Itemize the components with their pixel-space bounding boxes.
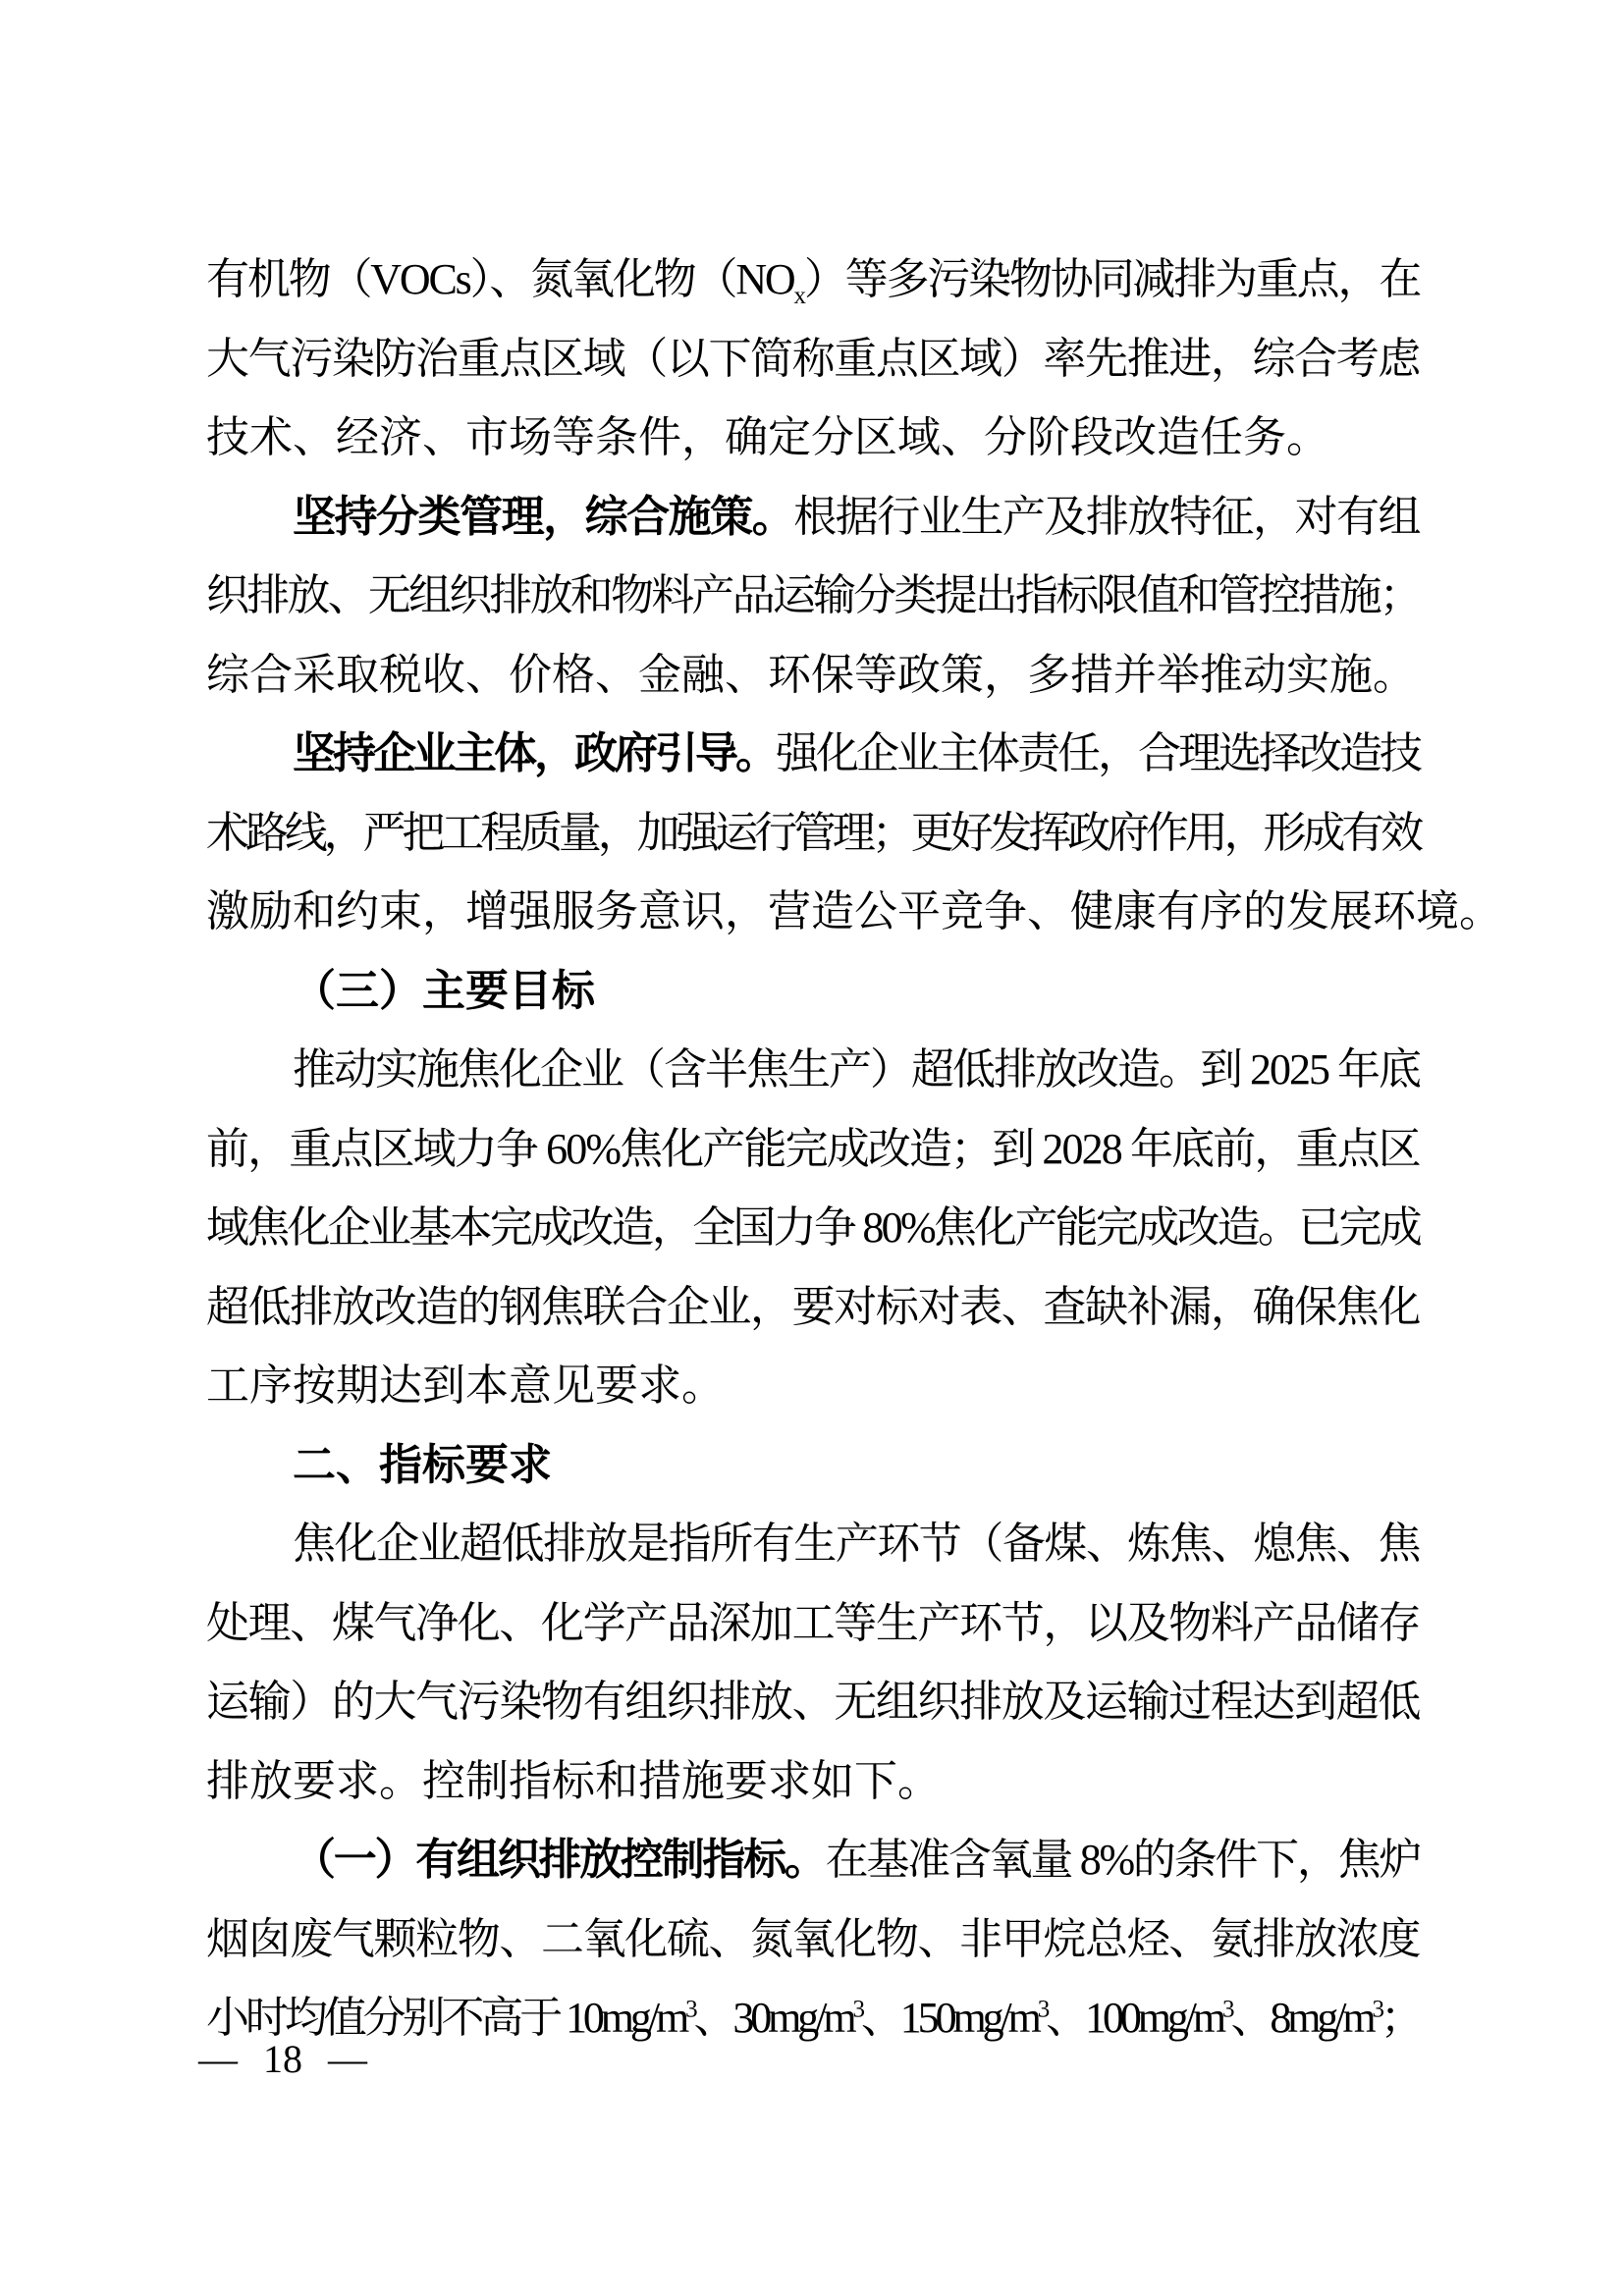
section-heading-indicator-requirements: 二、指标要求 bbox=[206, 1426, 1420, 1506]
text-line: 大气污染防治重点区域（以下简称重点区域）率先推进，综合考虑 bbox=[206, 320, 1420, 400]
paragraph-continuation: 有机物（VOCs）、氮氧化物（NOx）等多污染物协同减排为重点，在大气污染防治重… bbox=[206, 240, 1420, 478]
body-text: 激励和约束，增强服务意识，营造公平竞争、健康有序的发展环境。 bbox=[206, 887, 1502, 935]
text-line: 工序按期达到本意见要求。 bbox=[206, 1347, 1420, 1426]
body-text: 有机物（VOCs）、氮氧化物（NO bbox=[206, 255, 794, 303]
body-text: 3 bbox=[1373, 1996, 1380, 2022]
document-body: 有机物（VOCs）、氮氧化物（NOx）等多污染物协同减排为重点，在大气污染防治重… bbox=[206, 240, 1420, 2058]
text-line: 二、指标要求 bbox=[206, 1426, 1420, 1506]
text-line: 处理、煤气净化、化学产品深加工等生产环节，以及物料产品储存 bbox=[206, 1584, 1420, 1664]
section-heading-main-goals: （三）主要目标 bbox=[206, 952, 1420, 1032]
body-text: 超低排放改造的钢焦联合企业，要对标对表、查缺补漏，确保焦化 bbox=[206, 1283, 1420, 1331]
body-text: 3 bbox=[1038, 1996, 1046, 2022]
text-line: 小时均值分别不高于 10mg/m3、30mg/m3、150mg/m3、100mg… bbox=[206, 1979, 1420, 2058]
body-text: 、150mg/m bbox=[861, 1994, 1038, 2042]
text-line: （三）主要目标 bbox=[206, 952, 1420, 1032]
body-text: x bbox=[794, 283, 804, 309]
text-line: 超低排放改造的钢焦联合企业，要对标对表、查缺补漏，确保焦化 bbox=[206, 1268, 1420, 1348]
text-line: 织排放、无组织排放和物料产品运输分类提出指标限值和管控措施； bbox=[206, 557, 1420, 636]
text-line: 坚持企业主体，政府引导。强化企业主体责任，合理选择改造技 bbox=[206, 715, 1420, 794]
footer-dash-left: — bbox=[198, 2037, 238, 2081]
body-text: 烟囱废气颗粒物、二氧化硫、氮氧化物、非甲烷总烃、氨排放浓度 bbox=[206, 1915, 1420, 1963]
footer-dash-right: — bbox=[328, 2037, 367, 2081]
text-line: 前，重点区域力争 60%焦化产能完成改造；到 2028 年底前，重点区 bbox=[206, 1110, 1420, 1190]
body-text: 、100mg/m bbox=[1046, 1994, 1222, 2042]
body-text: ）等多污染物协同减排为重点，在 bbox=[804, 255, 1420, 303]
emphasis-text: （三）主要目标 bbox=[293, 967, 595, 1015]
body-text: ； bbox=[1380, 1994, 1420, 2042]
body-text: 术路线，严把工程质量，加强运行管理；更好发挥政府作用，形成有效 bbox=[206, 809, 1420, 857]
emphasis-text: 坚持企业主体，政府引导。 bbox=[293, 729, 776, 777]
paragraph-principle-classification: 坚持分类管理，综合施策。根据行业生产及排放特征，对有组织排放、无组织排放和物料产… bbox=[206, 478, 1420, 716]
body-text: 运输）的大气污染物有组织排放、无组织排放及运输过程达到超低 bbox=[206, 1678, 1420, 1726]
text-line: 有机物（VOCs）、氮氧化物（NOx）等多污染物协同减排为重点，在 bbox=[206, 240, 1420, 320]
page-footer: —18— bbox=[198, 2038, 367, 2081]
paragraph-organized-emission-limits: （一）有组织排放控制指标。在基准含氧量 8%的条件下，焦炉烟囱废气颗粒物、二氧化… bbox=[206, 1821, 1420, 2058]
text-line: 运输）的大气污染物有组织排放、无组织排放及运输过程达到超低 bbox=[206, 1663, 1420, 1742]
paragraph-goals: 推动实施焦化企业（含半焦生产）超低排放改造。到 2025 年底前，重点区域力争 … bbox=[206, 1031, 1420, 1426]
body-text: 3 bbox=[852, 1996, 860, 2022]
body-text: 技术、经济、市场等条件，确定分区域、分阶段改造任务。 bbox=[206, 413, 1329, 461]
paragraph-scope: 焦化企业超低排放是指所有生产环节（备煤、炼焦、熄焦、焦处理、煤气净化、化学产品深… bbox=[206, 1505, 1420, 1821]
body-text: 域焦化企业基本完成改造，全国力争 80%焦化产能完成改造。已完成 bbox=[206, 1203, 1420, 1252]
emphasis-text: 坚持分类管理，综合施策。 bbox=[293, 493, 793, 541]
emphasis-text: 二、指标要求 bbox=[293, 1441, 552, 1489]
body-text: 、30mg/m bbox=[693, 1994, 852, 2042]
text-line: 激励和约束，增强服务意识，营造公平竞争、健康有序的发展环境。 bbox=[206, 873, 1420, 952]
body-text: 大气污染防治重点区域（以下简称重点区域）率先推进，综合考虑 bbox=[206, 335, 1420, 383]
body-text: 工序按期达到本意见要求。 bbox=[206, 1362, 725, 1410]
text-line: 技术、经济、市场等条件，确定分区域、分阶段改造任务。 bbox=[206, 399, 1420, 478]
body-text: 根据行业生产及排放特征，对有组 bbox=[793, 493, 1420, 541]
text-line: 排放要求。控制指标和措施要求如下。 bbox=[206, 1742, 1420, 1822]
document-page: 有机物（VOCs）、氮氧化物（NOx）等多污染物协同减排为重点，在大气污染防治重… bbox=[0, 0, 1624, 2296]
text-line: （一）有组织排放控制指标。在基准含氧量 8%的条件下，焦炉 bbox=[206, 1821, 1420, 1900]
text-line: 焦化企业超低排放是指所有生产环节（备煤、炼焦、熄焦、焦 bbox=[206, 1505, 1420, 1584]
text-line: 术路线，严把工程质量，加强运行管理；更好发挥政府作用，形成有效 bbox=[206, 794, 1420, 874]
body-text: 在基准含氧量 8%的条件下，焦炉 bbox=[826, 1836, 1421, 1884]
text-line: 烟囱废气颗粒物、二氧化硫、氮氧化物、非甲烷总烃、氨排放浓度 bbox=[206, 1900, 1420, 1980]
emphasis-text: （一）有组织排放控制指标。 bbox=[293, 1836, 826, 1884]
body-text: 焦化企业超低排放是指所有生产环节（备煤、炼焦、熄焦、焦 bbox=[293, 1520, 1420, 1568]
body-text: 前，重点区域力争 60%焦化产能完成改造；到 2028 年底前，重点区 bbox=[206, 1125, 1420, 1173]
body-text: 强化企业主体责任，合理选择改造技 bbox=[776, 729, 1420, 777]
text-line: 推动实施焦化企业（含半焦生产）超低排放改造。到 2025 年底 bbox=[206, 1031, 1420, 1110]
paragraph-principle-enterprise: 坚持企业主体，政府引导。强化企业主体责任，合理选择改造技术路线，严把工程质量，加… bbox=[206, 715, 1420, 952]
text-line: 域焦化企业基本完成改造，全国力争 80%焦化产能完成改造。已完成 bbox=[206, 1189, 1420, 1268]
page-number: 18 bbox=[263, 2037, 302, 2081]
body-text: 综合采取税收、价格、金融、环保等政策，多措并举推动实施。 bbox=[206, 651, 1416, 699]
body-text: 推动实施焦化企业（含半焦生产）超低排放改造。到 2025 年底 bbox=[293, 1045, 1420, 1094]
text-line: 坚持分类管理，综合施策。根据行业生产及排放特征，对有组 bbox=[206, 478, 1420, 558]
body-text: 、8mg/m bbox=[1230, 1994, 1372, 2042]
body-text: 织排放、无组织排放和物料产品运输分类提出指标限值和管控措施； bbox=[206, 571, 1420, 619]
text-line: 综合采取税收、价格、金融、环保等政策，多措并举推动实施。 bbox=[206, 636, 1420, 716]
body-text: 小时均值分别不高于 10mg/m bbox=[206, 1994, 685, 2042]
body-text: 处理、煤气净化、化学产品深加工等生产环节，以及物料产品储存 bbox=[206, 1599, 1420, 1647]
body-text: 排放要求。控制指标和措施要求如下。 bbox=[206, 1757, 941, 1805]
